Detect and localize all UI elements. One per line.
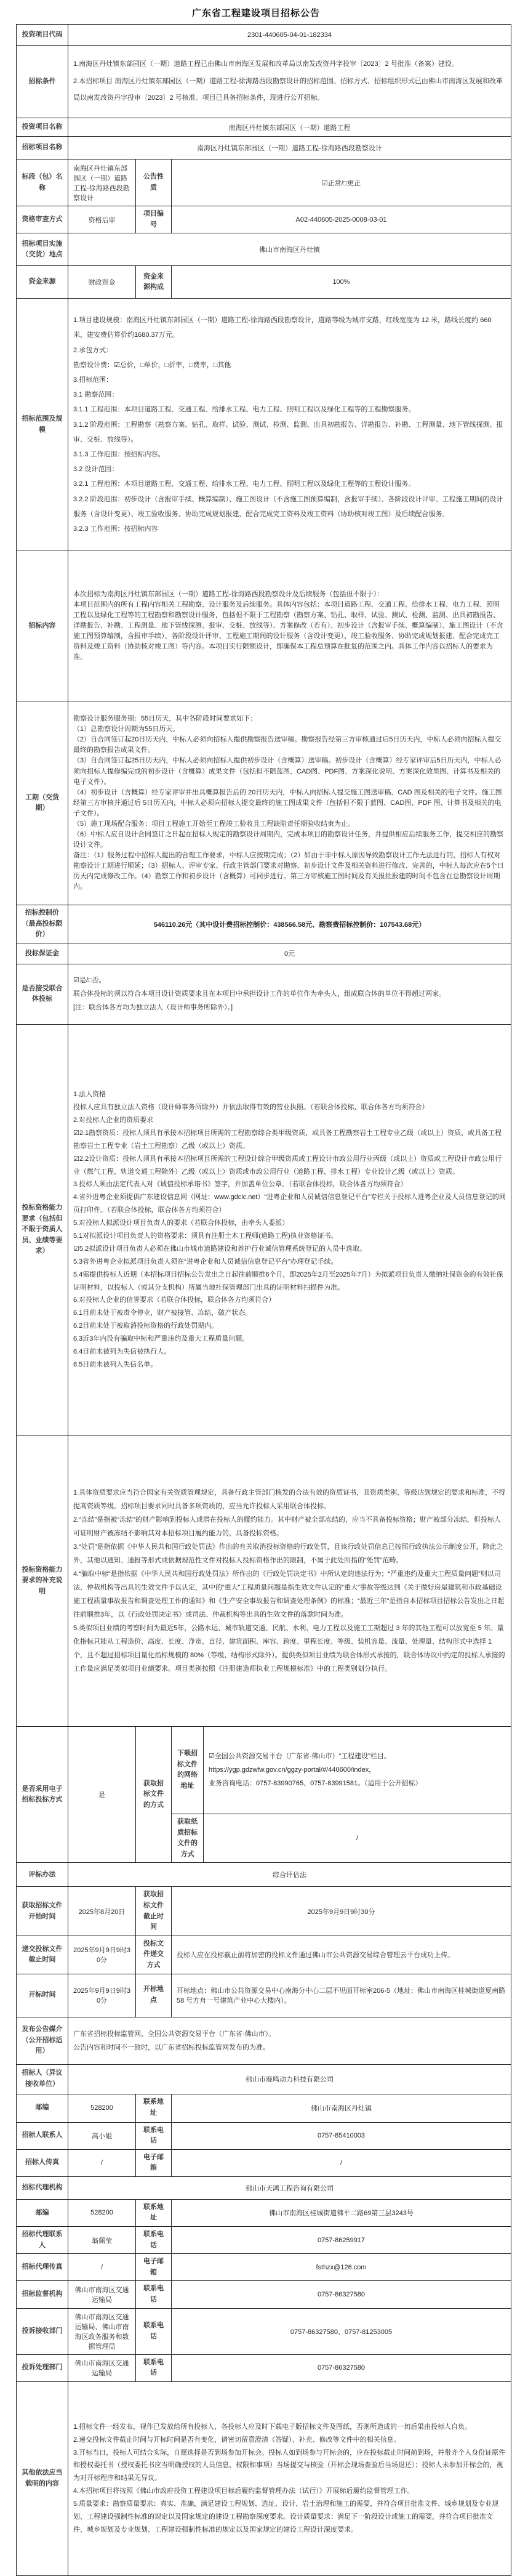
control-price-value: 546110.26元（其中设计费招标控制价：438566.58元、勘察费招标控制…: [68, 905, 511, 943]
row-label-complaint-receive: 投诉接收部门: [17, 2308, 68, 2354]
tenderee-email-value: /: [172, 2149, 511, 2176]
paragraph: 4.省外进粤企业须提供广东建设信息网（网址：www.gdcic.net）“进粤企…: [73, 1191, 506, 1217]
obtain-docs-label: 获取招标文件的方式: [136, 1726, 172, 1862]
agency-value: 佛山市天鸿工程咨询有限公司: [68, 2176, 511, 2199]
complaint-handle-phone-label: 联系电话: [136, 2354, 172, 2381]
paragraph: 6.5目前未被列入失信名单。: [73, 1359, 506, 1371]
tender-project-name-value: 南海区丹灶镇东部园区（一期）道路工程-徐海路西段勘察设计: [68, 137, 511, 159]
table-row: 邮编 528200 联系地址 佛山市南海区丹灶镇: [17, 2094, 511, 2122]
row-label-delivery-place: 招标项目实施（交货）地点: [17, 233, 68, 266]
agency-address-value: 佛山市南海区桂城街道佛平二路69第三层3243号: [172, 2199, 511, 2226]
table-row: 邮编 528200 联系地址 佛山市南海区桂城街道佛平二路69第三层3243号: [17, 2199, 511, 2226]
paragraph: 公告内容和时间不一致时，以广东省招标投标监管网发布的为准。: [73, 2041, 506, 2054]
paragraph: 3.1.3 工作范围：按招标内容。: [73, 447, 506, 462]
bid-bond-value: 0元: [68, 943, 511, 964]
bid-submission-method-value: 投标人应在投标截止前将加密的投标文件通过佛山市公共资源交易综合管理云平台成功上传…: [172, 1936, 511, 1974]
table-row: 招标项目名称 南海区丹灶镇东部园区（一期）道路工程-徐海路西段勘察设计: [17, 137, 511, 159]
row-label-tenderee-contact: 招标人联系人: [17, 2122, 68, 2149]
complaint-handle-phone-value: 0757-86327580: [172, 2354, 511, 2381]
paragraph: [注：联合体各方均为独立法人（设计师事务所除外）。]: [73, 1001, 506, 1014]
row-label-bid-opening-time: 开标时间: [17, 1974, 68, 2017]
qualification-review-value: 资格后审: [68, 206, 136, 233]
announce-media-text: 广东省招标投标监管网、全国公共资源交易平台（广东省·佛山市）。公告内容和时间不一…: [68, 2017, 511, 2064]
table-row: 资格审查方式 资格后审 项目编号 A02-440605-2025-0008-03…: [17, 206, 511, 233]
paragraph: 4.本招标项目将按照《佛山市政府投资工程建设项目标后履约监督管理办法（试行）》开…: [73, 2485, 506, 2498]
scope-scale-text: 1.项目建设规模：南海区丹灶镇东部园区（一期）道路工程-徐海路西段勘察设计，道路…: [68, 299, 511, 551]
table-row: 招标代理传真 / 电子邮箱 fsthzx@126.com: [17, 2254, 511, 2281]
row-label-doc-obtain-start: 获取招标文件开始时间: [17, 1887, 68, 1936]
agency-contact-value: 翁佩莹: [68, 2227, 136, 2254]
table-row: 递交投标文件截止时间 2025年9月9日9时30分 投标文件递交方式 投标人应在…: [17, 1936, 511, 1974]
row-label-e-bidding: 是否采用电子招标投标方式: [17, 1726, 68, 1862]
supervision-value: 佛山市南海区交通运输局: [68, 2281, 136, 2308]
paragraph: 6.2目前未处于被取消投标资格的行政处罚期内。: [73, 1320, 506, 1333]
row-label-tender-project-name: 招标项目名称: [17, 137, 68, 159]
evaluation-method-value: 综合评估法: [68, 1863, 511, 1887]
table-row: 招标人传真 / 电子邮箱 /: [17, 2149, 511, 2176]
paragraph: ☑是/□否。: [73, 974, 506, 987]
row-label-tenderee-fax: 招标人传真: [17, 2149, 68, 2176]
row-label-supervision: 招标监督机构: [17, 2281, 68, 2308]
announcement-page: 广东省工程建设项目招标公告 投资项目代码 2301-440605-04-01-1…: [0, 0, 512, 2576]
section-package-value: 南海区丹灶镇东部园区（一期）道路工程-徐海路西段勘察设计: [68, 159, 136, 206]
agency-postcode-value: 528200: [68, 2199, 136, 2226]
table-row: 工期（交货期） 勘察设计服务服务期：55日历天，其中各阶段时间要求如下：（1）总…: [17, 701, 511, 905]
paragraph: 1.法人资格: [73, 1088, 506, 1101]
complaint-receive-phone-value: 0757-86327580、0757-81253005: [172, 2308, 511, 2354]
fund-composition-value: 100%: [172, 266, 511, 299]
row-label-agency-fax: 招标代理传真: [17, 2254, 68, 2281]
paragraph: 1.招标文件一经发布，视作已发放给所有投标人，各投标人应及时下载电子版招标文件及…: [73, 2421, 506, 2434]
paper-docs-value: /: [204, 1814, 511, 1862]
paragraph: 1.南海区丹灶镇东部园区（一期）道路工程已由佛山市南海区发展和改革局以南发改资丹…: [73, 56, 506, 73]
table-row: 标段（包）名称 南海区丹灶镇东部园区（一期）道路工程-徐海路西段勘察设计 公告性…: [17, 159, 511, 206]
complaint-receive-phone-label: 联系电话: [136, 2308, 172, 2354]
announcement-table: 投资项目代码 2301-440605-04-01-182334 招标条件 1.南…: [16, 24, 511, 2576]
e-bidding-value: 是: [68, 1726, 136, 1862]
row-label-tenderee-postcode: 邮编: [17, 2094, 68, 2122]
agency-email-value: fsthzx@126.com: [172, 2254, 511, 2281]
paragraph: （5）施工现场配合服务：项目工程施工开始至工程竣工验收且工程缺陷责任期验收结束为…: [73, 819, 506, 830]
paragraph: 6.1目前未处于被责令停业，财产被接管、冻结，破产状态。: [73, 1307, 506, 1320]
paragraph: （6）中标人应自设计合同签订之日起在招标人规定的勘察设计周期内，完成本项目的勘察…: [73, 830, 506, 850]
tender-conditions-text: 1.南海区丹灶镇东部园区（一期）道路工程已由佛山市南海区发展和改革局以南发改资丹…: [68, 46, 511, 118]
paragraph: 2.对投标人企业的资质要求: [73, 1114, 506, 1127]
table-row: 投标资格能力要求（包括但不限于资质人员、业绩等要求） 1.法人资格投标人应具有独…: [17, 1024, 511, 1435]
tenderee-value: 佛山市鹿鸣动力科技有限公司: [68, 2064, 511, 2094]
paragraph: 5.对投标人拟派设计项目负责人的要求（若联合体投标，由牵头人委派）: [73, 1217, 506, 1230]
project-no-label: 项目编号: [136, 206, 172, 233]
supervision-phone-value: 0757-86327580: [172, 2281, 511, 2308]
row-label-tenderee: 招标人（异议接收单位）: [17, 2064, 68, 2094]
tender-content-text: 本次招标为南海区丹灶镇东部园区（一期）道路工程-徐海路西段勘察设计及后续服务（包…: [68, 551, 511, 701]
table-row: 招标范围及规模 1.项目建设规模：南海区丹灶镇东部园区（一期）道路工程-徐海路西…: [17, 299, 511, 551]
consortium-text: ☑是/□否。联合体投标的须以符合本项目设计资质要求且在本项目中承担设计工作的单位…: [68, 964, 511, 1024]
paragraph: ☑全国公共资源交易平台（广东省·佛山市）“工程建设”栏目。: [209, 1750, 506, 1763]
table-row: 投资项目代码 2301-440605-04-01-182334: [17, 25, 511, 46]
row-label-section-package: 标段（包）名称: [17, 159, 68, 206]
table-row: 其他依法应当载明的内容 1.招标文件一经发布，视作已发放给所有投标人，各投标人应…: [17, 2381, 511, 2575]
paragraph: （4）初步设计（含概算）经专家评审并出具概算报告后的 20日历天内，中标人向招标…: [73, 788, 506, 819]
paragraph: 3.1.2 阶段范围：工程勘察（勘察方案、钻孔、取样、试验、测试、检测、监测、出…: [73, 418, 506, 447]
paragraph: 5.1对拟派设计项目负责人的资格要求：须具有注册土木工程师(道路工程)执业资格证…: [73, 1230, 506, 1243]
table-row: 是否采用电子招标投标方式 是 获取招标文件的方式 下载招标文件的网络地址 ☑全国…: [17, 1726, 511, 1814]
tenderee-fax-value: /: [68, 2149, 136, 2176]
table-row: 招标人（异议接收单位） 佛山市鹿鸣动力科技有限公司: [17, 2064, 511, 2094]
tenderee-phone-label: 联系电话: [136, 2122, 172, 2149]
row-label-evaluation-method: 评标办法: [17, 1863, 68, 1887]
paragraph: 广东省招标投标监管网、全国公共资源交易平台（广东省·佛山市）。: [73, 2027, 506, 2041]
table-row: 招标内容 本次招标为南海区丹灶镇东部园区（一期）道路工程-徐海路西段勘察设计及后…: [17, 551, 511, 701]
paragraph: 3.投标人须由法定代表人对《诚信投标承诺书》签字，并加盖单位公章。（若联合体投标…: [73, 1178, 506, 1191]
project-code-value: 2301-440605-04-01-182334: [68, 25, 511, 46]
agency-phone-value: 0757-86259917: [172, 2227, 511, 2254]
row-label-project-code: 投资项目代码: [17, 25, 68, 46]
tenderee-phone-value: 0757-85410003: [172, 2122, 511, 2149]
paragraph: 4.“骗取中标”是指依据《中华人民共和国行政处罚法》所作出的《行政处罚决定书》中…: [73, 1567, 506, 1621]
paragraph: https://ygp.gdzwfw.gov.cn/ggzy-portal/#/…: [209, 1763, 506, 1777]
tenderee-address-value: 佛山市南海区丹灶镇: [172, 2094, 511, 2122]
table-row: 招标人联系人 高小姐 联系电话 0757-85410003: [17, 2122, 511, 2149]
tenderee-address-label: 联系地址: [136, 2094, 172, 2122]
page-title: 广东省工程建设项目招标公告: [0, 0, 512, 24]
paragraph: 5.质量要求：勘察质量要求：真实、准确，满足建设工程规划、选址、设计、岩土治理和…: [73, 2498, 506, 2537]
paragraph: 2.本招标项目 南海区丹灶镇东部园区（一期）道路工程-徐海路西段勘察设计的招标范…: [73, 73, 506, 107]
tenderee-contact-value: 高小姐: [68, 2122, 136, 2149]
complaint-handle-value: 佛山市南海区交通运输局: [68, 2354, 136, 2381]
paragraph: ☑5.2拟派设计项目负责人必须在佛山市城市道路建设和养护行业诚信管理系统登记的人…: [73, 1243, 506, 1256]
delivery-place-value: 佛山市南海区丹灶镇: [68, 233, 511, 266]
paragraph: ☑2.2设计资质：投标人须具有承接本招标项目所需的工程设计综合甲级资质或工程设计…: [73, 1153, 506, 1179]
row-label-complaint-handle: 投诉处理部门: [17, 2354, 68, 2381]
paragraph: 5.3省外进粤企业拟派项目负责人须在“进粤企业和人员诚信信息登记平台”办理登记手…: [73, 1256, 506, 1269]
paragraph: 3.1 勘察范围：: [73, 387, 506, 402]
table-row: 投诉处理部门 佛山市南海区交通运输局 联系电话 0757-86327580: [17, 2354, 511, 2381]
row-label-agency: 招标代理机构: [17, 2176, 68, 2199]
row-label-bid-submission-deadline: 递交投标文件截止时间: [17, 1936, 68, 1974]
bid-opening-place-label: 开标地点: [136, 1974, 172, 2017]
paragraph: （1）总勘察设计周期为55日历天。: [73, 724, 506, 735]
fund-source-value: 财政资金: [68, 266, 136, 299]
fund-composition-label: 资金来源构成: [136, 266, 172, 299]
row-label-scope-scale: 招标范围及规模: [17, 299, 68, 551]
duration-text: 勘察设计服务服务期：55日历天，其中各阶段时间要求如下：（1）总勘察设计周期为5…: [68, 701, 511, 905]
row-label-duration: 工期（交货期）: [17, 701, 68, 905]
paragraph: （3）自合同签订起25日历天内，中标人必须向招标人提供初步设计（含概算）送审稿。…: [73, 756, 506, 787]
paragraph: 3.“处罚”是指依据《中华人民共和国行政处罚法》作出的有关取消投标资格的行政处罚…: [73, 1540, 506, 1567]
row-label-agency-contact: 招标代理联系人: [17, 2227, 68, 2254]
paragraph: 本次招标为南海区丹灶镇东部园区（一期）道路工程-徐海路西段勘察设计及后续服务（包…: [73, 589, 506, 600]
row-label-qualification-req: 投标资格能力要求（包括但不限于资质人员、业绩等要求）: [17, 1024, 68, 1435]
notice-nature-label: 公告性质: [136, 159, 172, 206]
paragraph: 1.具体资质要求应当符合国家有关资质管理规定，具备行政主管部门核发的合法有效的资…: [73, 1486, 506, 1513]
paragraph: （2）自合同签订起20日历天内，中标人必须向招标人提供勘察报告送审稿。勘察报告经…: [73, 735, 506, 756]
bid-opening-time-value: 2025年9月9日9时30分: [68, 1974, 136, 2017]
paragraph: 3.2.3 工作范围：按招标内容: [73, 522, 506, 536]
paragraph: 投标人应具有独立法人资格（设计师事务所除外）并依法取得有效的营业执照。（若联合体…: [73, 1101, 506, 1114]
table-row: 招标监督机构 佛山市南海区交通运输局 联系电话 0757-86327580: [17, 2281, 511, 2308]
paragraph: 1.项目建设规模：南海区丹灶镇东部园区（一期）道路工程-徐海路西段勘察设计，道路…: [73, 313, 506, 342]
paragraph: 3.2 设计范围：: [73, 462, 506, 477]
agency-email-label: 电子邮箱: [136, 2254, 172, 2281]
paragraph: 3.2.2 阶段范围：初步设计（含报审手续、概算编制）、施工图设计（不含施工图预…: [73, 492, 506, 522]
paragraph: 联合体投标的须以符合本项目设计资质要求且在本项目中承担设计工作的单位作为牵头人，…: [73, 987, 506, 1001]
table-row: 获取招标文件开始时间 2025年8月20日 获取招标文件截止时间 2025年9月…: [17, 1887, 511, 1936]
paragraph: 备注：（1）服务过程中招标人提出的合理工作要求，中标人应按期完成；（2）如由于非…: [73, 850, 506, 892]
table-row: 是否接受联合体投标 ☑是/□否。联合体投标的须以符合本项目设计资质要求且在本项目…: [17, 964, 511, 1024]
row-label-announce-media: 发布公告媒介（公开招标适用）: [17, 2017, 68, 2064]
download-url-text: ☑全国公共资源交易平台（广东省·佛山市）“工程建设”栏目。https://ygp…: [204, 1726, 511, 1814]
notice-nature-checkbox: ☑正常/□更正: [172, 159, 511, 206]
row-label-qualification-review: 资格审查方式: [17, 206, 68, 233]
doc-obtain-deadline-label: 获取招标文件截止时间: [136, 1887, 172, 1936]
qualification-req-text: 1.法人资格投标人应具有独立法人资格（设计师事务所除外）并依法取得有效的营业执照…: [68, 1024, 511, 1435]
paragraph: 业务咨询电话：0757-83990765、0757-83991581。（适用于公…: [209, 1777, 506, 1790]
table-row: 评标办法 综合评估法: [17, 1863, 511, 1887]
paragraph: 6.对投标人企业的信誉要求（若联合体投标，联合体各方均须符合）: [73, 1294, 506, 1307]
table-row: 开标时间 2025年9月9日9时30分 开标地点 开标地点：佛山市公共资源交易中…: [17, 1974, 511, 2017]
other-contents-text: 1.招标文件一经发布，视作已发放给所有投标人，各投标人应及时下载电子版招标文件及…: [68, 2381, 511, 2575]
paragraph: 2.递交投标文件截止时间与开标时间是否有变化，请密切留意澄清（答疑）、补充、修改…: [73, 2434, 506, 2447]
agency-address-label: 联系地址: [136, 2199, 172, 2226]
table-row: 招标代理机构 佛山市天鸿工程咨询有限公司: [17, 2176, 511, 2199]
paragraph: ☑2.1勘察资质：投标人须具有承接本招标项目所需的工程勘察综合类甲级资质，或具备…: [73, 1127, 506, 1153]
paragraph: 2.“冻结”是指被“冻结”的财产影响到投标人或潜在投标人的履约能力。其中财产被全…: [73, 1513, 506, 1540]
bid-submission-method-label: 投标文件递交方式: [136, 1936, 172, 1974]
qualification-notes-text: 1.具体资质要求应当符合国家有关资质管理规定，具备行政主管部门核发的合法有效的资…: [68, 1435, 511, 1726]
row-label-control-price: 招标控制价（最高投标限价）: [17, 905, 68, 943]
project-no-value: A02-440605-2025-0008-03-01: [172, 206, 511, 233]
row-label-agency-postcode: 邮编: [17, 2199, 68, 2226]
row-label-consortium: 是否接受联合体投标: [17, 964, 68, 1024]
row-label-qualification-notes: 投标资格能力要求的补充说明: [17, 1435, 68, 1726]
table-row: 招标项目实施（交货）地点 佛山市南海区丹灶镇: [17, 233, 511, 266]
row-label-tender-content: 招标内容: [17, 551, 68, 701]
paragraph: 3.1.1 工程范围：本项目道路工程、交通工程、给排水工程、电力工程、照明工程以…: [73, 402, 506, 417]
row-label-other-contents: 其他依法应当载明的内容: [17, 2381, 68, 2575]
paper-docs-label: 获取纸质招标文件的方式: [172, 1814, 204, 1862]
row-label-tender-conditions: 招标条件: [17, 46, 68, 118]
paragraph: 3.开标当日，投标人可结合实际，自愿选择是否到场参加开标会。投标人如到场参与开标…: [73, 2447, 506, 2485]
table-row: 招标控制价（最高投标限价） 546110.26元（其中设计费招标控制价：4385…: [17, 905, 511, 943]
paragraph: 勘察设计服务服务期：55日历天，其中各阶段时间要求如下：: [73, 714, 506, 724]
invest-project-name-value: 南海区丹灶镇东部园区（一期）道路工程: [68, 118, 511, 137]
paragraph: 6.3近3年内没有骗取中标和严重违约及重大工程质量问题。: [73, 1333, 506, 1346]
paragraph: 3.2.1 工程范围：本项目道路工程、交通工程、给排水工程、电力工程、照明工程以…: [73, 477, 506, 491]
complaint-receive-value: 佛山市南海区交通运输局、佛山市南海区政务服务和数据管理局: [68, 2308, 136, 2354]
table-row: 投标资格能力要求的补充说明 1.具体资质要求应当符合国家有关资质管理规定，具备行…: [17, 1435, 511, 1726]
paragraph: 2.承包方式：: [73, 343, 506, 358]
doc-obtain-start-value: 2025年8月20日: [68, 1887, 136, 1936]
paragraph: 3.招标范围：: [73, 373, 506, 387]
row-label-bid-bond: 投标保证金: [17, 943, 68, 964]
table-row: 招标条件 1.南海区丹灶镇东部园区（一期）道路工程已由佛山市南海区发展和改革局以…: [17, 46, 511, 118]
paragraph: 勘察设计费：☑总价，□单价，□折率，□费率，□其他: [73, 358, 506, 373]
paragraph: 5.4需提供投标人近期（本招标项目招标公告发出之日起往前顺推6个月，即2025年…: [73, 1269, 506, 1294]
paragraph: 6.4目前未被列为失信被执行人。: [73, 1346, 506, 1359]
paragraph: 本项目范围内的所有工程内容相关工程勘察、设计服务及后续服务。具体内容包括：本项目…: [73, 600, 506, 663]
bid-submission-deadline-value: 2025年9月9日9时30分: [68, 1936, 136, 1974]
row-label-invest-project-name: 投资项目名称: [17, 118, 68, 137]
doc-obtain-deadline-value: 2025年9月9日9时30分: [172, 1887, 511, 1936]
table-row: 发布公告媒介（公开招标适用） 广东省招标投标监管网、全国公共资源交易平台（广东省…: [17, 2017, 511, 2064]
table-row: 资金来源 财政资金 资金来源构成 100%: [17, 266, 511, 299]
agency-fax-value: /: [68, 2254, 136, 2281]
tenderee-postcode-value: 528200: [68, 2094, 136, 2122]
supervision-phone-label: 联系电话: [136, 2281, 172, 2308]
table-row: 投资项目名称 南海区丹灶镇东部园区（一期）道路工程: [17, 118, 511, 137]
table-row: 投标保证金 0元: [17, 943, 511, 964]
table-row: 招标代理联系人 翁佩莹 联系电话 0757-86259917: [17, 2227, 511, 2254]
agency-phone-label: 联系电话: [136, 2227, 172, 2254]
download-url-label: 下载招标文件的网络地址: [172, 1726, 204, 1814]
bid-opening-place-value: 开标地点：佛山市公共资源交易中心南海分中心二层不见面开标室206-5（地址：佛山…: [172, 1974, 511, 2017]
table-row: 投诉接收部门 佛山市南海区交通运输局、佛山市南海区政务服务和数据管理局 联系电话…: [17, 2308, 511, 2354]
row-label-fund-source: 资金来源: [17, 266, 68, 299]
tenderee-email-label: 电子邮箱: [136, 2149, 172, 2176]
paragraph: 5.类似项目业绩的考察时间为最近5年，公路水运、城市轨道交通、民航、水利、电力工…: [73, 1621, 506, 1676]
